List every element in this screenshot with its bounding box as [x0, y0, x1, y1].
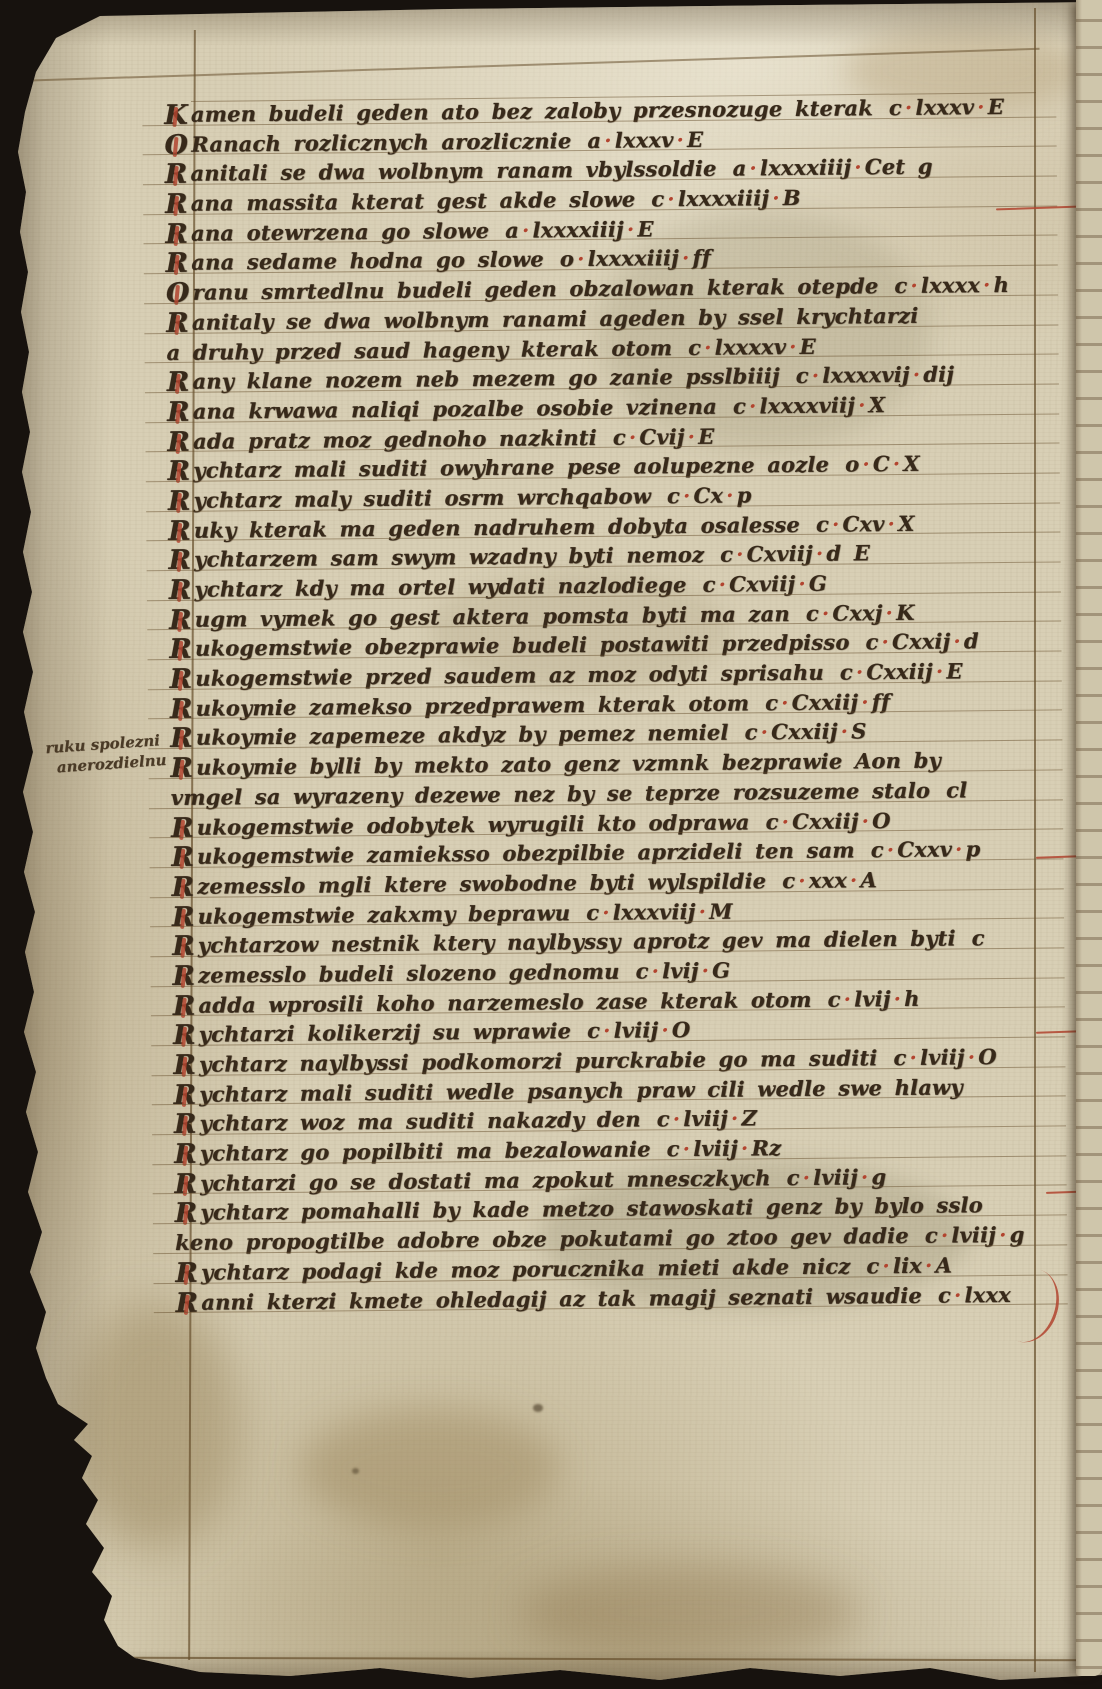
line-initial: R — [167, 369, 190, 396]
line-text: uky kterak ma geden nadruhem dobyta osal… — [194, 512, 800, 543]
line-ref: c·lix·A — [866, 1252, 952, 1278]
line-text: ychtarz mali suditi wedle psanych praw c… — [199, 1074, 963, 1106]
line-ref: c·Cxxiij·S — [745, 719, 867, 745]
line-text: ukoymie bylli by mekto zato genz vzmnk b… — [196, 748, 941, 780]
line-text: ychtarz kdy ma ortel wydati nazlodiege — [194, 572, 686, 602]
line-text: ukogemstwie zakxmy beprawu — [198, 900, 571, 929]
line-text: ychtarzem sam swym wzadny byti nemoz — [194, 542, 704, 572]
line-ref: c·lxxxv·E — [889, 94, 1004, 120]
line-text: ukogemstwie zamieksso obezpilbie aprzide… — [197, 838, 855, 869]
torn-edge-shadow — [0, 0, 130, 1689]
line-initial: R — [165, 161, 188, 188]
line-ref: c·lvij·G — [636, 958, 731, 984]
line-initial: R — [173, 992, 196, 1019]
line-initial: R — [171, 844, 194, 871]
line-ref: c·Cxxiij·ff — [765, 689, 890, 715]
line-text: ychtarz pomahalli by kade metzo stawoska… — [200, 1193, 983, 1226]
line-initial: O — [164, 131, 188, 158]
line-ref: c·lviij·g — [787, 1164, 887, 1190]
line-initial: R — [172, 963, 195, 990]
line-ref: c·lxxxxvij·dij — [796, 362, 955, 389]
line-text: ukoymie zamekso przedprawem kterak otom — [196, 690, 750, 720]
line-initial: R — [170, 696, 193, 723]
line-ref: c·Cvij·E — [613, 423, 715, 449]
line-text: ychtarz maly suditi osrm wrchqabow — [194, 483, 652, 512]
line-text: anitali se dwa wolbnym ranam vbylssoldie — [190, 156, 716, 186]
line-text: ychtarz naylbyssi podkomorzi purckrabie … — [199, 1045, 878, 1077]
line-initial: R — [170, 666, 193, 693]
line-initial: R — [169, 636, 192, 663]
line-text: ychtarz podagi kde moz porucznika mieti … — [201, 1253, 851, 1284]
line-initial: R — [167, 428, 190, 455]
line-text: ana massita kterat gest akde slowe — [191, 187, 636, 216]
page-edge-shadow — [0, 0, 1102, 46]
margin-note: ruku spolezni anerozdielnu — [45, 730, 167, 778]
line-ref: a·lxxxv·E — [587, 127, 703, 153]
line-text: ukogemstwie przed saudem az moz odyti sp… — [195, 660, 824, 691]
line-text: ana krwawa naliqi pozalbe osobie vzinena — [193, 394, 717, 424]
line-text: ychtarzow nestnik ktery naylbyssy aprotz… — [198, 926, 956, 958]
line-text: ychtarz woz ma suditi nakazdy den — [200, 1107, 641, 1136]
line-initial: R — [167, 399, 190, 426]
line-initial: R — [174, 1081, 197, 1108]
line-text: ukogemstwie obezprawie budeli postawiti … — [195, 630, 850, 661]
line-text: vmgel sa wyrazeny dezewe nez by se teprz… — [171, 778, 931, 810]
line-initial: R — [168, 458, 191, 485]
stain — [520, 1565, 860, 1660]
line-initial: R — [174, 1171, 197, 1198]
ink-speck — [533, 1404, 543, 1412]
line-initial: R — [170, 755, 193, 782]
line-text: adda wprosili koho narzemeslo zase ktera… — [198, 986, 811, 1017]
photo-backdrop: Kamen budeli geden ato bez zaloby przesn… — [0, 0, 1102, 1689]
line-initial: R — [166, 310, 189, 337]
line-initial: R — [165, 221, 188, 248]
line-ref: c — [972, 925, 985, 950]
line-initial: R — [166, 250, 189, 277]
stain — [300, 1408, 560, 1528]
line-text: ana otewrzena go slowe — [191, 218, 489, 246]
line-ref: c·Cxxv·p — [871, 836, 981, 862]
line-text: any klane nozem neb mezem go zanie psslb… — [192, 363, 780, 394]
line-text: amen budeli geden ato bez zaloby przesno… — [191, 95, 873, 127]
line-text: ukogemstwie odobytek wyrugili kto odpraw… — [197, 809, 750, 839]
line-initial: R — [175, 1260, 198, 1287]
line-ref: c·lxxxviij·M — [586, 898, 733, 924]
line-initial: R — [169, 606, 192, 633]
line-ref: c·lviij·O — [893, 1044, 997, 1070]
line-initial: R — [172, 933, 195, 960]
line-text: anni kterzi kmete ohledagij az tak magij… — [201, 1282, 922, 1314]
line-text: ychtarzi kolikerzij su wprawie — [199, 1018, 572, 1047]
line-text: ada pratz moz gednoho nazkinti — [193, 424, 597, 453]
line-initial: R — [170, 725, 193, 752]
line-text: ugm vymek go gest aktera pomsta byti ma … — [195, 601, 790, 632]
line-initial: R — [168, 488, 191, 515]
line-ref: a·lxxxxiiij·E — [505, 216, 654, 242]
line-ref: c·lviij·Z — [657, 1106, 758, 1132]
line-initial: R — [165, 191, 188, 218]
line-text: zemesslo budeli slozeno gednomu — [198, 959, 620, 988]
line-ref: c·lviij·Rz — [667, 1135, 782, 1161]
line-initial: R — [173, 1052, 196, 1079]
line-ref: c·Cxxij·d — [865, 629, 979, 655]
line-text: anitaly se dwa wolbnym ranami ageden by … — [192, 303, 919, 335]
line-text: ukoymie zapemeze akdyz by pemez nemiel — [196, 720, 729, 750]
line-text: keno propogtilbe adobre obze pokutami go… — [175, 1223, 909, 1255]
line-initial: R — [175, 1200, 198, 1227]
ruling-line-top — [14, 48, 1040, 82]
line-initial: R — [171, 814, 194, 841]
line-ref: c·lxxxxv·E — [688, 333, 816, 359]
line-ref: c·lviij·g — [925, 1222, 1025, 1248]
line-ref: c·lxxxxiiij·B — [651, 185, 801, 211]
line-ref: c·Cxxiij·O — [766, 808, 891, 834]
line-ref: a·lxxxxiiij·Cet g — [733, 154, 933, 181]
line-ref: c·lvij·h — [828, 985, 920, 1011]
line-text: ana sedame hodna go slowe — [191, 247, 544, 275]
line-ref: cl — [946, 777, 967, 802]
line-ref: c·lxxxx·h — [894, 272, 1009, 298]
line-initial: R — [168, 547, 191, 574]
page-edge-shadow — [0, 1649, 1102, 1689]
line-initial: R — [174, 1111, 197, 1138]
line-text: ychtarzi go se dostati ma zpokut mnesczk… — [200, 1165, 771, 1195]
text-block: Kamen budeli geden ato bez zaloby przesn… — [164, 92, 1056, 1318]
line-ref: c·lviij·O — [587, 1017, 691, 1043]
line-ref: c·Cxxj·K — [806, 600, 915, 626]
line-initial: R — [172, 874, 195, 901]
line-initial: R — [168, 517, 191, 544]
line-ref: c·Cxviij·G — [703, 571, 828, 597]
line-ref: c·Cxxiij·E — [840, 658, 963, 684]
line-initial: R — [169, 577, 192, 604]
line-ref: c·Cxv·X — [816, 510, 915, 536]
line-text: Ranach rozlicznych arozlicznie — [191, 128, 571, 157]
line-initial: R — [172, 903, 195, 930]
fore-edge-strip — [1076, 0, 1102, 1676]
line-ref: c·Cxviij·d E — [720, 541, 870, 567]
line-ref: o·lxxxxiiij·ff — [560, 245, 711, 271]
line-ref: c·lxxxxviij·X — [733, 392, 885, 418]
line-ref: c·Cx·p — [667, 482, 752, 508]
line-text: a druhy przed saud hageny kterak otom — [166, 335, 672, 365]
line-text: ychtarz mali suditi owyhrane pese aolupe… — [193, 452, 829, 483]
line-ref: c·xxx·A — [782, 867, 877, 893]
line-ref: o·C·X — [845, 451, 920, 477]
line-initial: O — [166, 280, 190, 307]
line-initial: R — [173, 1022, 196, 1049]
line-initial: R — [174, 1141, 197, 1168]
parchment-page: Kamen budeli geden ato bez zaloby przesn… — [0, 0, 1102, 1689]
line-initial: R — [176, 1289, 199, 1316]
line-text: zemesslo mgli ktere swobodne byti wylspi… — [197, 868, 766, 898]
line-text: ychtarz go popilbiti ma bezalowanie — [200, 1136, 651, 1165]
line-initial: K — [164, 102, 188, 129]
line-text: ranu smrtedlnu budeli geden obzalowan kt… — [193, 273, 879, 305]
ink-speck — [352, 1468, 359, 1474]
